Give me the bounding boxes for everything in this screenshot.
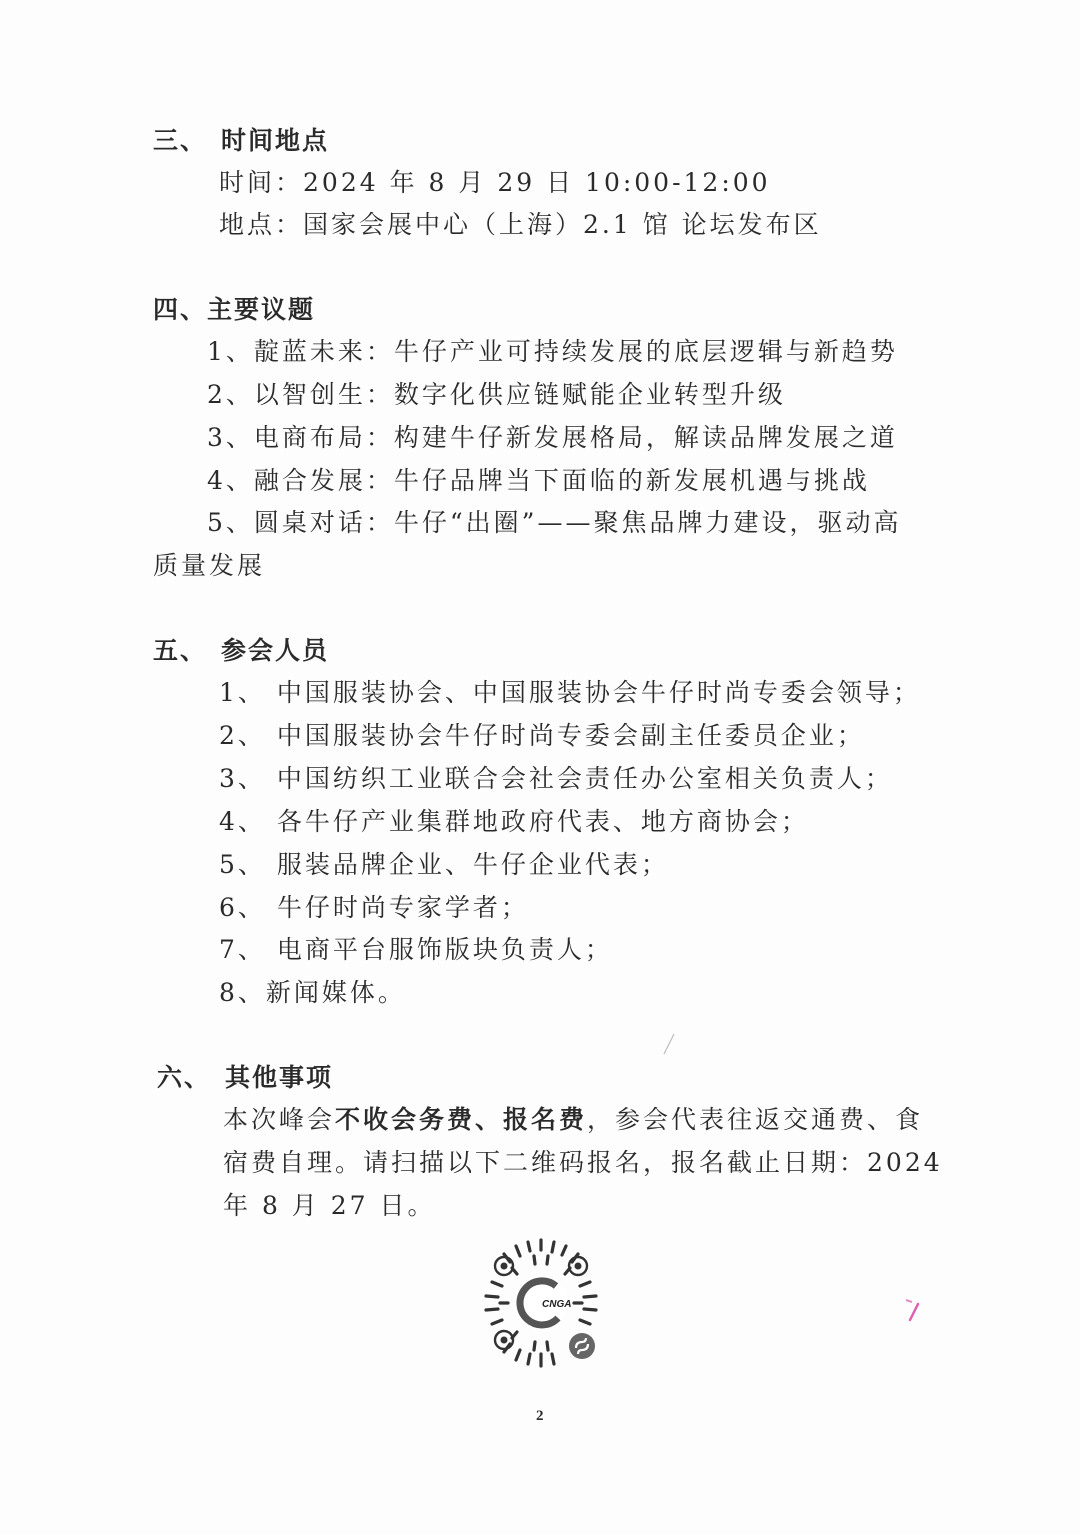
section-4-heading: 四、主要议题	[153, 293, 315, 327]
topic-item-continued: 质量发展	[153, 549, 265, 583]
other-matters-line-2: 宿费自理。请扫描以下二维码报名，报名截止日期：2024	[223, 1146, 943, 1180]
topic-item: 3、电商布局：构建牛仔新发展格局，解读品牌发展之道	[207, 421, 898, 455]
heading-number: 五、	[153, 636, 207, 665]
attendee-item: 6、 牛仔时尚专家学者；	[219, 891, 529, 925]
time-value: 2024 年 8 月 29 日 10:00-12:00	[303, 168, 771, 197]
attendee-item: 7、 电商平台服饰版块负责人；	[219, 933, 613, 967]
time-line: 时间：2024 年 8 月 29 日 10:00-12:00	[219, 166, 771, 200]
place-label: 地点：	[219, 210, 303, 239]
text: ，参会代表往返交通费、食	[587, 1105, 923, 1134]
attendee-item: 1、 中国服装协会、中国服装协会牛仔时尚专委会领导；	[219, 676, 921, 710]
other-matters-line-3: 年 8 月 27 日。	[223, 1189, 436, 1223]
heading-text: 其他事项	[225, 1063, 333, 1092]
section-3-heading: 三、时间地点	[153, 124, 329, 158]
topic-item: 1、靛蓝未来：牛仔产业可持续发展的底层逻辑与新趋势	[207, 335, 898, 369]
pink-scan-mark-icon	[900, 1292, 930, 1328]
page-number: 2	[536, 1408, 544, 1425]
topic-item: 4、融合发展：牛仔品牌当下面临的新发展机遇与挑战	[207, 464, 870, 498]
attendee-item: 3、 中国纺织工业联合会社会责任办公室相关负责人；	[219, 762, 893, 796]
heading-text: 时间地点	[221, 126, 329, 155]
cnga-logo-text: CNGA	[542, 1299, 571, 1310]
attendee-item: 2、 中国服装协会牛仔时尚专委会副主任委员企业；	[219, 719, 865, 753]
section-6-heading: 六、其他事项	[157, 1061, 333, 1095]
time-label: 时间：	[219, 168, 303, 197]
registration-qr-code[interactable]: CNGA	[472, 1234, 610, 1372]
place-value: 国家会展中心（上海）2.1 馆 论坛发布区	[303, 210, 822, 239]
attendee-item: 4、 各牛仔产业集群地政府代表、地方商协会；	[219, 805, 809, 839]
scan-scratch-icon	[660, 1030, 680, 1060]
heading-number: 三、	[153, 126, 207, 155]
section-5-heading: 五、参会人员	[153, 634, 329, 668]
bold-notice: 不收会务费、报名费	[335, 1105, 587, 1134]
heading-text: 参会人员	[221, 636, 329, 665]
topic-item: 5、圆桌对话：牛仔“出圈”——聚焦品牌力建设，驱动高	[207, 506, 901, 540]
attendee-item: 8、新闻媒体。	[219, 976, 406, 1010]
place-line: 地点：国家会展中心（上海）2.1 馆 论坛发布区	[219, 208, 822, 242]
document-page: 三、时间地点 时间：2024 年 8 月 29 日 10:00-12:00 地点…	[0, 0, 1080, 1534]
topic-item: 2、以智创生：数字化供应链赋能企业转型升级	[207, 378, 786, 412]
heading-number: 六、	[157, 1063, 211, 1092]
other-matters-line-1: 本次峰会不收会务费、报名费，参会代表往返交通费、食	[223, 1103, 923, 1137]
text: 本次峰会	[223, 1105, 335, 1134]
attendee-item: 5、 服装品牌企业、牛仔企业代表；	[219, 848, 669, 882]
